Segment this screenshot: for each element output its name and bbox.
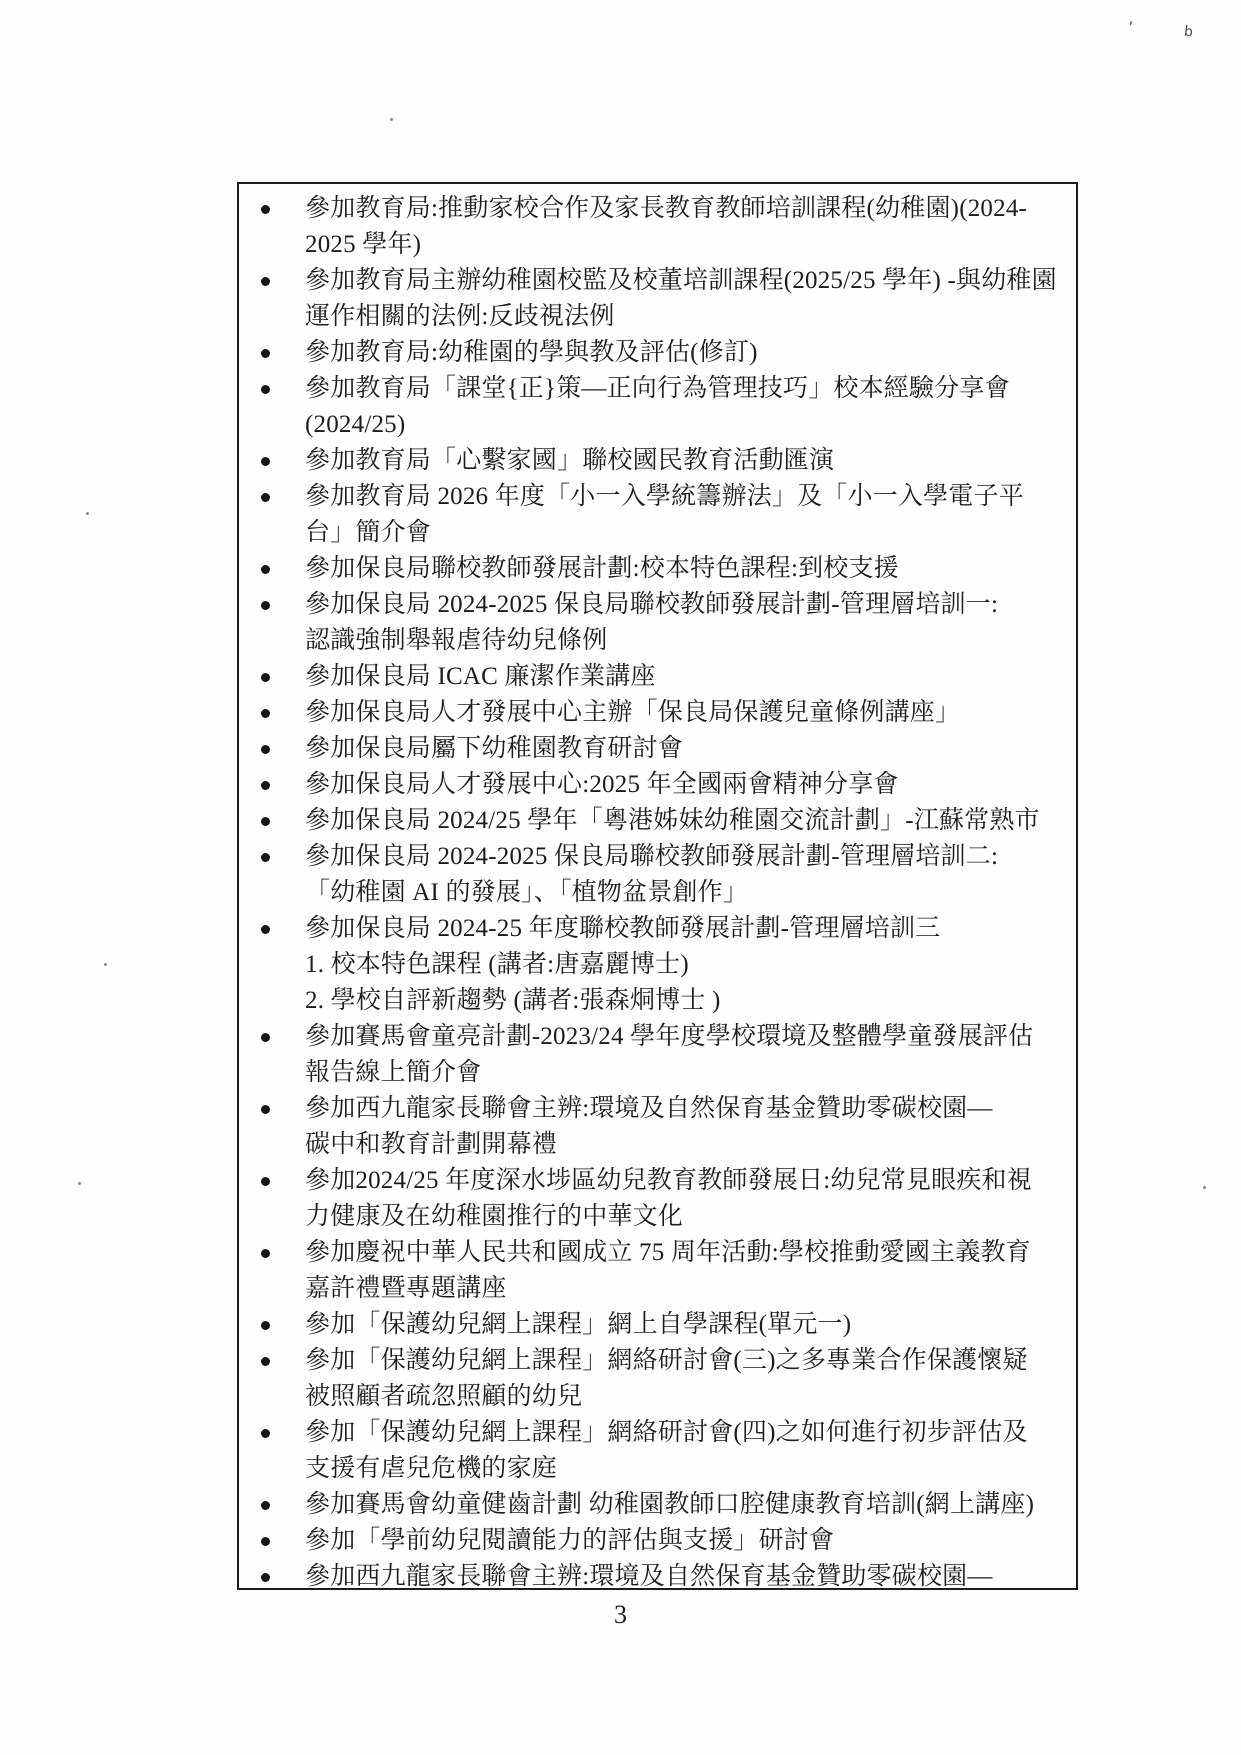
list-item-text: 參加教育局主辦幼稚園校監及校董培訓課程(2025/25 學年) -與幼稚園 運作… xyxy=(305,263,1072,335)
list-item-text: 參加「學前幼兒閱讀能力的評估與支援」研討會 xyxy=(305,1523,1072,1559)
bullet-icon xyxy=(261,925,270,934)
list-item-text: 參加慶祝中華人民共和國成立 75 周年活動:學校推動愛國主義教育 嘉許禮暨專題講… xyxy=(305,1235,1072,1307)
list-item-text: 參加保良局 2024-25 年度聯校教師發展計劃-管理層培訓三 1. 校本特色課… xyxy=(305,911,1072,1019)
list-item: 參加「保護幼兒網上課程」網絡研討會(三)之多專業合作保護懷疑 被照顧者疏忽照顧的… xyxy=(239,1343,1072,1415)
bullet-icon xyxy=(261,1429,270,1438)
list-item: 參加教育局「心繫家國」聯校國民教育活動匯演 xyxy=(239,443,1072,479)
bullet-icon xyxy=(261,1357,270,1366)
list-item-text: 參加「保護幼兒網上課程」網上自學課程(單元一) xyxy=(305,1307,1072,1343)
list-item: 參加保良局 2024/25 學年「粵港姊妹幼稚園交流計劃」-江蘇常熟市 xyxy=(239,803,1072,839)
list-item: 參加保良局人才發展中心主辦「保良局保護兒童條例講座」 xyxy=(239,695,1072,731)
list-item: 參加「保護幼兒網上課程」網絡研討會(四)之如何進行初步評估及 支援有虐兒危機的家… xyxy=(239,1415,1072,1487)
bullet-icon xyxy=(261,1033,270,1042)
bullet-icon xyxy=(261,205,270,214)
document-page: ' b 參加教育局:推動家校合作及家長教育教師培訓課程(幼稚園)(2024- 2… xyxy=(0,0,1241,1755)
list-item: 參加保良局聯校教師發展計劃:校本特色課程:到校支援 xyxy=(239,551,1072,587)
list-item: 參加保良局屬下幼稚園教育研討會 xyxy=(239,731,1072,767)
bullet-icon xyxy=(261,781,270,790)
list-item: 參加賽馬會幼童健齒計劃 幼稚園教師口腔健康教育培訓(網上講座) xyxy=(239,1487,1072,1523)
list-item-text: 參加保良局人才發展中心:2025 年全國兩會精神分享會 xyxy=(305,767,1072,803)
list-item: 參加西九龍家長聯會主辨:環境及自然保育基金贊助零碳校園— xyxy=(239,1559,1072,1590)
activity-list: 參加教育局:推動家校合作及家長教育教師培訓課程(幼稚園)(2024- 2025 … xyxy=(239,184,1076,1590)
scan-speck xyxy=(104,963,107,966)
bullet-icon xyxy=(261,1537,270,1546)
list-item-text: 參加保良局 2024/25 學年「粵港姊妹幼稚園交流計劃」-江蘇常熟市 xyxy=(305,803,1072,839)
list-item-text: 參加西九龍家長聯會主辨:環境及自然保育基金贊助零碳校園— xyxy=(305,1559,1072,1590)
bullet-icon xyxy=(261,277,270,286)
list-item-text: 參加教育局 2026 年度「小一入學統籌辦法」及「小一入學電子平 台」簡介會 xyxy=(305,479,1072,551)
list-item: 參加慶祝中華人民共和國成立 75 周年活動:學校推動愛國主義教育 嘉許禮暨專題講… xyxy=(239,1235,1072,1307)
list-item-text: 參加「保護幼兒網上課程」網絡研討會(四)之如何進行初步評估及 支援有虐兒危機的家… xyxy=(305,1415,1072,1487)
bullet-icon xyxy=(261,1321,270,1330)
list-item-text: 參加保良局屬下幼稚園教育研討會 xyxy=(305,731,1072,767)
list-item: 參加保良局 2024-2025 保良局聯校教師發展計劃-管理層培訓二: 「幼稚園… xyxy=(239,839,1072,911)
list-item-text: 參加賽馬會幼童健齒計劃 幼稚園教師口腔健康教育培訓(網上講座) xyxy=(305,1487,1072,1523)
list-item-text: 參加保良局人才發展中心主辦「保良局保護兒童條例講座」 xyxy=(305,695,1072,731)
scan-speck xyxy=(78,1182,81,1185)
list-item: 參加「保護幼兒網上課程」網上自學課程(單元一) xyxy=(239,1307,1072,1343)
scan-mark: b xyxy=(1183,23,1194,40)
bullet-icon xyxy=(261,745,270,754)
list-item-text: 參加「保護幼兒網上課程」網絡研討會(三)之多專業合作保護懷疑 被照顧者疏忽照顧的… xyxy=(305,1343,1072,1415)
list-item-text: 參加保良局 ICAC 廉潔作業講座 xyxy=(305,659,1072,695)
list-item: 參加教育局:推動家校合作及家長教育教師培訓課程(幼稚園)(2024- 2025 … xyxy=(239,191,1072,263)
bullet-icon xyxy=(261,349,270,358)
bullet-icon xyxy=(261,1249,270,1258)
list-item: 參加教育局主辦幼稚園校監及校董培訓課程(2025/25 學年) -與幼稚園 運作… xyxy=(239,263,1072,335)
list-item: 參加「學前幼兒閱讀能力的評估與支援」研討會 xyxy=(239,1523,1072,1559)
bullet-icon xyxy=(261,853,270,862)
content-table: 參加教育局:推動家校合作及家長教育教師培訓課程(幼稚園)(2024- 2025 … xyxy=(237,182,1078,1590)
bullet-icon xyxy=(261,709,270,718)
list-item-text: 參加教育局:推動家校合作及家長教育教師培訓課程(幼稚園)(2024- 2025 … xyxy=(305,191,1072,263)
list-item: 參加保良局 2024-2025 保良局聯校教師發展計劃-管理層培訓一: 認識強制… xyxy=(239,587,1072,659)
list-item: 參加保良局 ICAC 廉潔作業講座 xyxy=(239,659,1072,695)
list-item: 參加教育局「課堂{正}策—正向行為管理技巧」校本經驗分享會 (2024/25) xyxy=(239,371,1072,443)
bullet-icon xyxy=(261,385,270,394)
scan-speck xyxy=(86,512,89,515)
page-number: 3 xyxy=(0,1600,1241,1630)
bullet-icon xyxy=(261,1177,270,1186)
scan-speck xyxy=(390,118,393,121)
list-item: 參加教育局:幼稚園的學與教及評估(修訂) xyxy=(239,335,1072,371)
bullet-icon xyxy=(261,673,270,682)
list-item-text: 參加2024/25 年度深水埗區幼兒教育教師發展日:幼兒常見眼疾和視 力健康及在… xyxy=(305,1163,1072,1235)
list-item: 參加教育局 2026 年度「小一入學統籌辦法」及「小一入學電子平 台」簡介會 xyxy=(239,479,1072,551)
list-item-text: 參加西九龍家長聯會主辨:環境及自然保育基金贊助零碳校園— 碳中和教育計劃開幕禮 xyxy=(305,1091,1072,1163)
list-item-text: 參加保良局聯校教師發展計劃:校本特色課程:到校支援 xyxy=(305,551,1072,587)
list-item: 參加西九龍家長聯會主辨:環境及自然保育基金贊助零碳校園— 碳中和教育計劃開幕禮 xyxy=(239,1091,1072,1163)
bullet-icon xyxy=(261,1501,270,1510)
list-item: 參加賽馬會童亮計劃-2023/24 學年度學校環境及整體學童發展評估 報告線上簡… xyxy=(239,1019,1072,1091)
bullet-icon xyxy=(261,1573,270,1582)
bullet-icon xyxy=(261,565,270,574)
list-item-text: 參加保良局 2024-2025 保良局聯校教師發展計劃-管理層培訓一: 認識強制… xyxy=(305,587,1072,659)
list-item-text: 參加賽馬會童亮計劃-2023/24 學年度學校環境及整體學童發展評估 報告線上簡… xyxy=(305,1019,1072,1091)
list-item: 參加2024/25 年度深水埗區幼兒教育教師發展日:幼兒常見眼疾和視 力健康及在… xyxy=(239,1163,1072,1235)
list-item-text: 參加教育局「心繫家國」聯校國民教育活動匯演 xyxy=(305,443,1072,479)
list-item-text: 參加教育局「課堂{正}策—正向行為管理技巧」校本經驗分享會 (2024/25) xyxy=(305,371,1072,443)
bullet-icon xyxy=(261,817,270,826)
list-item: 參加保良局人才發展中心:2025 年全國兩會精神分享會 xyxy=(239,767,1072,803)
list-item-text: 參加保良局 2024-2025 保良局聯校教師發展計劃-管理層培訓二: 「幼稚園… xyxy=(305,839,1072,911)
bullet-icon xyxy=(261,1105,270,1114)
bullet-icon xyxy=(261,493,270,502)
bullet-icon xyxy=(261,457,270,466)
list-item: 參加保良局 2024-25 年度聯校教師發展計劃-管理層培訓三 1. 校本特色課… xyxy=(239,911,1072,1019)
list-item-text: 參加教育局:幼稚園的學與教及評估(修訂) xyxy=(305,335,1072,371)
bullet-icon xyxy=(261,601,270,610)
scan-mark: ' xyxy=(1126,18,1134,36)
scan-speck xyxy=(1203,1186,1206,1189)
